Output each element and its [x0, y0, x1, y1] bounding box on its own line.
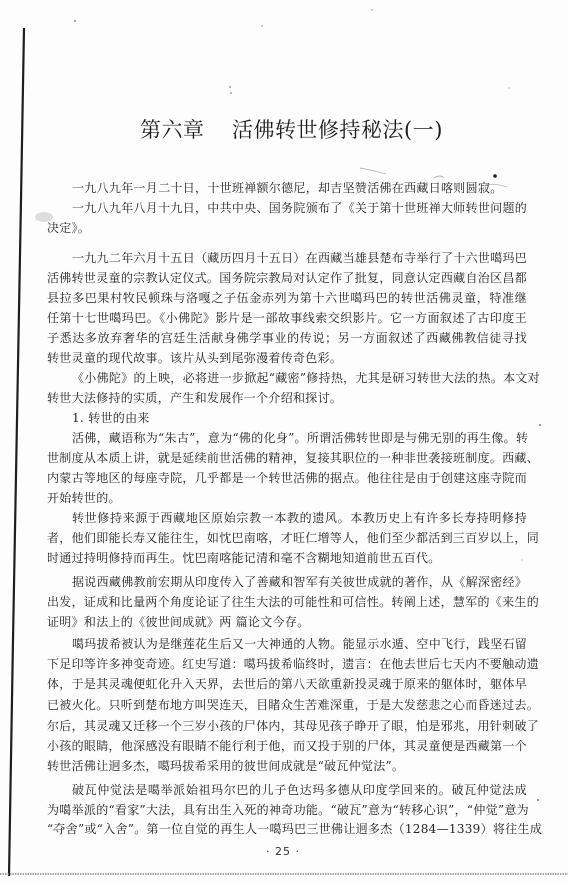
scanned-book-page: 第六章活佛转世修持秘法(一) 一九八九年一月二十日，十世班禅额尔德尼，却吉坚赞活…: [0, 0, 568, 884]
text-line: 破瓦仲觉法是噶举派始祖玛尔巴的儿子色达玛多德从印度学回来的。破瓦仲觉法成: [47, 780, 527, 800]
text-line: 证明》和法上的《彼世间成就》两 篇论文今存。: [47, 612, 527, 632]
text-line: 小孩的眼睛，他深感没有眼睛不能行利于他，而又投于别的尸体，其灵童便是西藏第一个: [47, 736, 527, 756]
text-line: 者，他们即能长寿又能往生，如忱巴南喀，才旺仁增等人，他们至少都活到三百岁以上，同: [47, 528, 527, 548]
text-line: 内蒙古等地区的每座寺院，几乎都是一个转世活佛的据点。他往往是由于创建这座寺院而: [47, 468, 527, 488]
text-line: 时通过持明修持而再生。忱巴南喀能记清和毫不含糊地知道前世五百代。: [47, 548, 527, 568]
text-line: 转世大法修持的实质，产生和发展作一个介绍和探讨。: [47, 388, 527, 408]
text-line: 县拉多巴果村牧民顿珠与洛嘎之子伍金赤列为第十六世噶玛巴的转世活佛灵童，特准继: [47, 288, 527, 308]
text-line: “夺舍”或“入舍”。第一位自觉的再生人一噶玛巴三世佛让迥多杰（1284—1339…: [47, 819, 527, 839]
text-line: 开始转世的。: [47, 488, 527, 508]
text-line: 一九八九年一月二十日，十世班禅额尔德尼，却吉坚赞活佛在西藏日喀则圆寂。: [47, 178, 527, 198]
text-line: 子悉达多放弃奢华的宫廷生活献身佛学事业的传说；另一方面叙述了西藏佛教信徒寻找: [47, 328, 527, 348]
text-line: 世制度从本质上讲，就是延续前世活佛的精神，复接其职位的一种非世袭接班制度。西藏、: [47, 448, 527, 468]
text-line: 下足印等许多神变奇迹。红史写道：噶玛拔希临终时，遗言：在他去世后七天内不要触动遗: [47, 654, 527, 674]
text-line: 体，于是其灵魂便虹化升入天界，去世后的第八天欲重新投灵魂于原来的躯体时，躯体早: [47, 674, 527, 694]
chapter-title: 活佛转世修持秘法(一): [232, 118, 443, 142]
text-line: 噶玛拔希被认为是继莲花生后又一大神通的人物。能显示水遁、空中飞行，践坚石留: [47, 634, 527, 654]
text-line: 一九八九年八月十九日，中共中央、国务院颁布了《关于第十世班禅大师转世问题的: [47, 198, 527, 218]
text-line: 转世活佛让迥多杰，噶玛拔希采用的彼世间成就是“破瓦仲觉法”。: [47, 756, 527, 776]
section-heading: 1. 转世的由来: [47, 408, 527, 428]
page-number: · 25 ·: [253, 845, 313, 858]
text-line: 据说西藏佛教前宏期从印度传入了善藏和智军有关彼世成就的著作，从《解深密经》: [47, 572, 527, 592]
text-line: 一九九二年六月十五日（藏历四月十五日）在西藏当雄县楚布寺举行了十六世噶玛巴: [47, 248, 527, 268]
chapter-heading: 第六章活佛转世修持秘法(一): [140, 116, 443, 144]
text-line: 为噶举派的“看家”大法，具有出生入死的神奇功能。“破瓦”意为“转移心识”，“仲觉…: [47, 800, 527, 820]
text-line: 任第十七世噶玛巴。《小佛陀》影片是一部故事线索交织影片。它一方面叙述了古印度王: [47, 308, 527, 328]
text-line: 决定》。: [47, 218, 527, 238]
text-line: 出发，证成和比量两个角度论证了往生大法的可能性和可信性。转阐上述，慧军的《来生的: [47, 592, 527, 612]
chapter-label: 第六章: [140, 116, 232, 144]
text-line: 转世修持来源于西藏地区原始宗教一本教的遗风。本教历史上有许多长寿持明修持: [47, 508, 527, 528]
text-line: 活佛，藏语称为“朱古”，意为“佛的化身”。所谓活佛转世即是与佛无别的再生像。转: [47, 428, 527, 448]
text-line: 活佛转世灵童的宗教认定仪式。国务院宗教局对认定作了批复，同意认定西藏自治区昌都: [47, 268, 527, 288]
text-line: 转世灵童的现代故事。该片从头到尾弥漫着传奇色彩。: [47, 348, 527, 368]
text-line: 《小佛陀》的上映，必将进一步掀起“藏密”修持热，尤其是研习转世大法的热。本文对: [47, 368, 527, 388]
text-line: 已被火化。只听到楚布地方叫哭连天，目睹众生苦难深重，于是大发慈悲之心而昏迷过去。: [47, 695, 527, 715]
text-line: 尔后，其灵魂又迁移一个三岁小孩的尸体内，其母见孩子睁开了眼，怕是邪兆，用针刺破了: [47, 716, 527, 736]
